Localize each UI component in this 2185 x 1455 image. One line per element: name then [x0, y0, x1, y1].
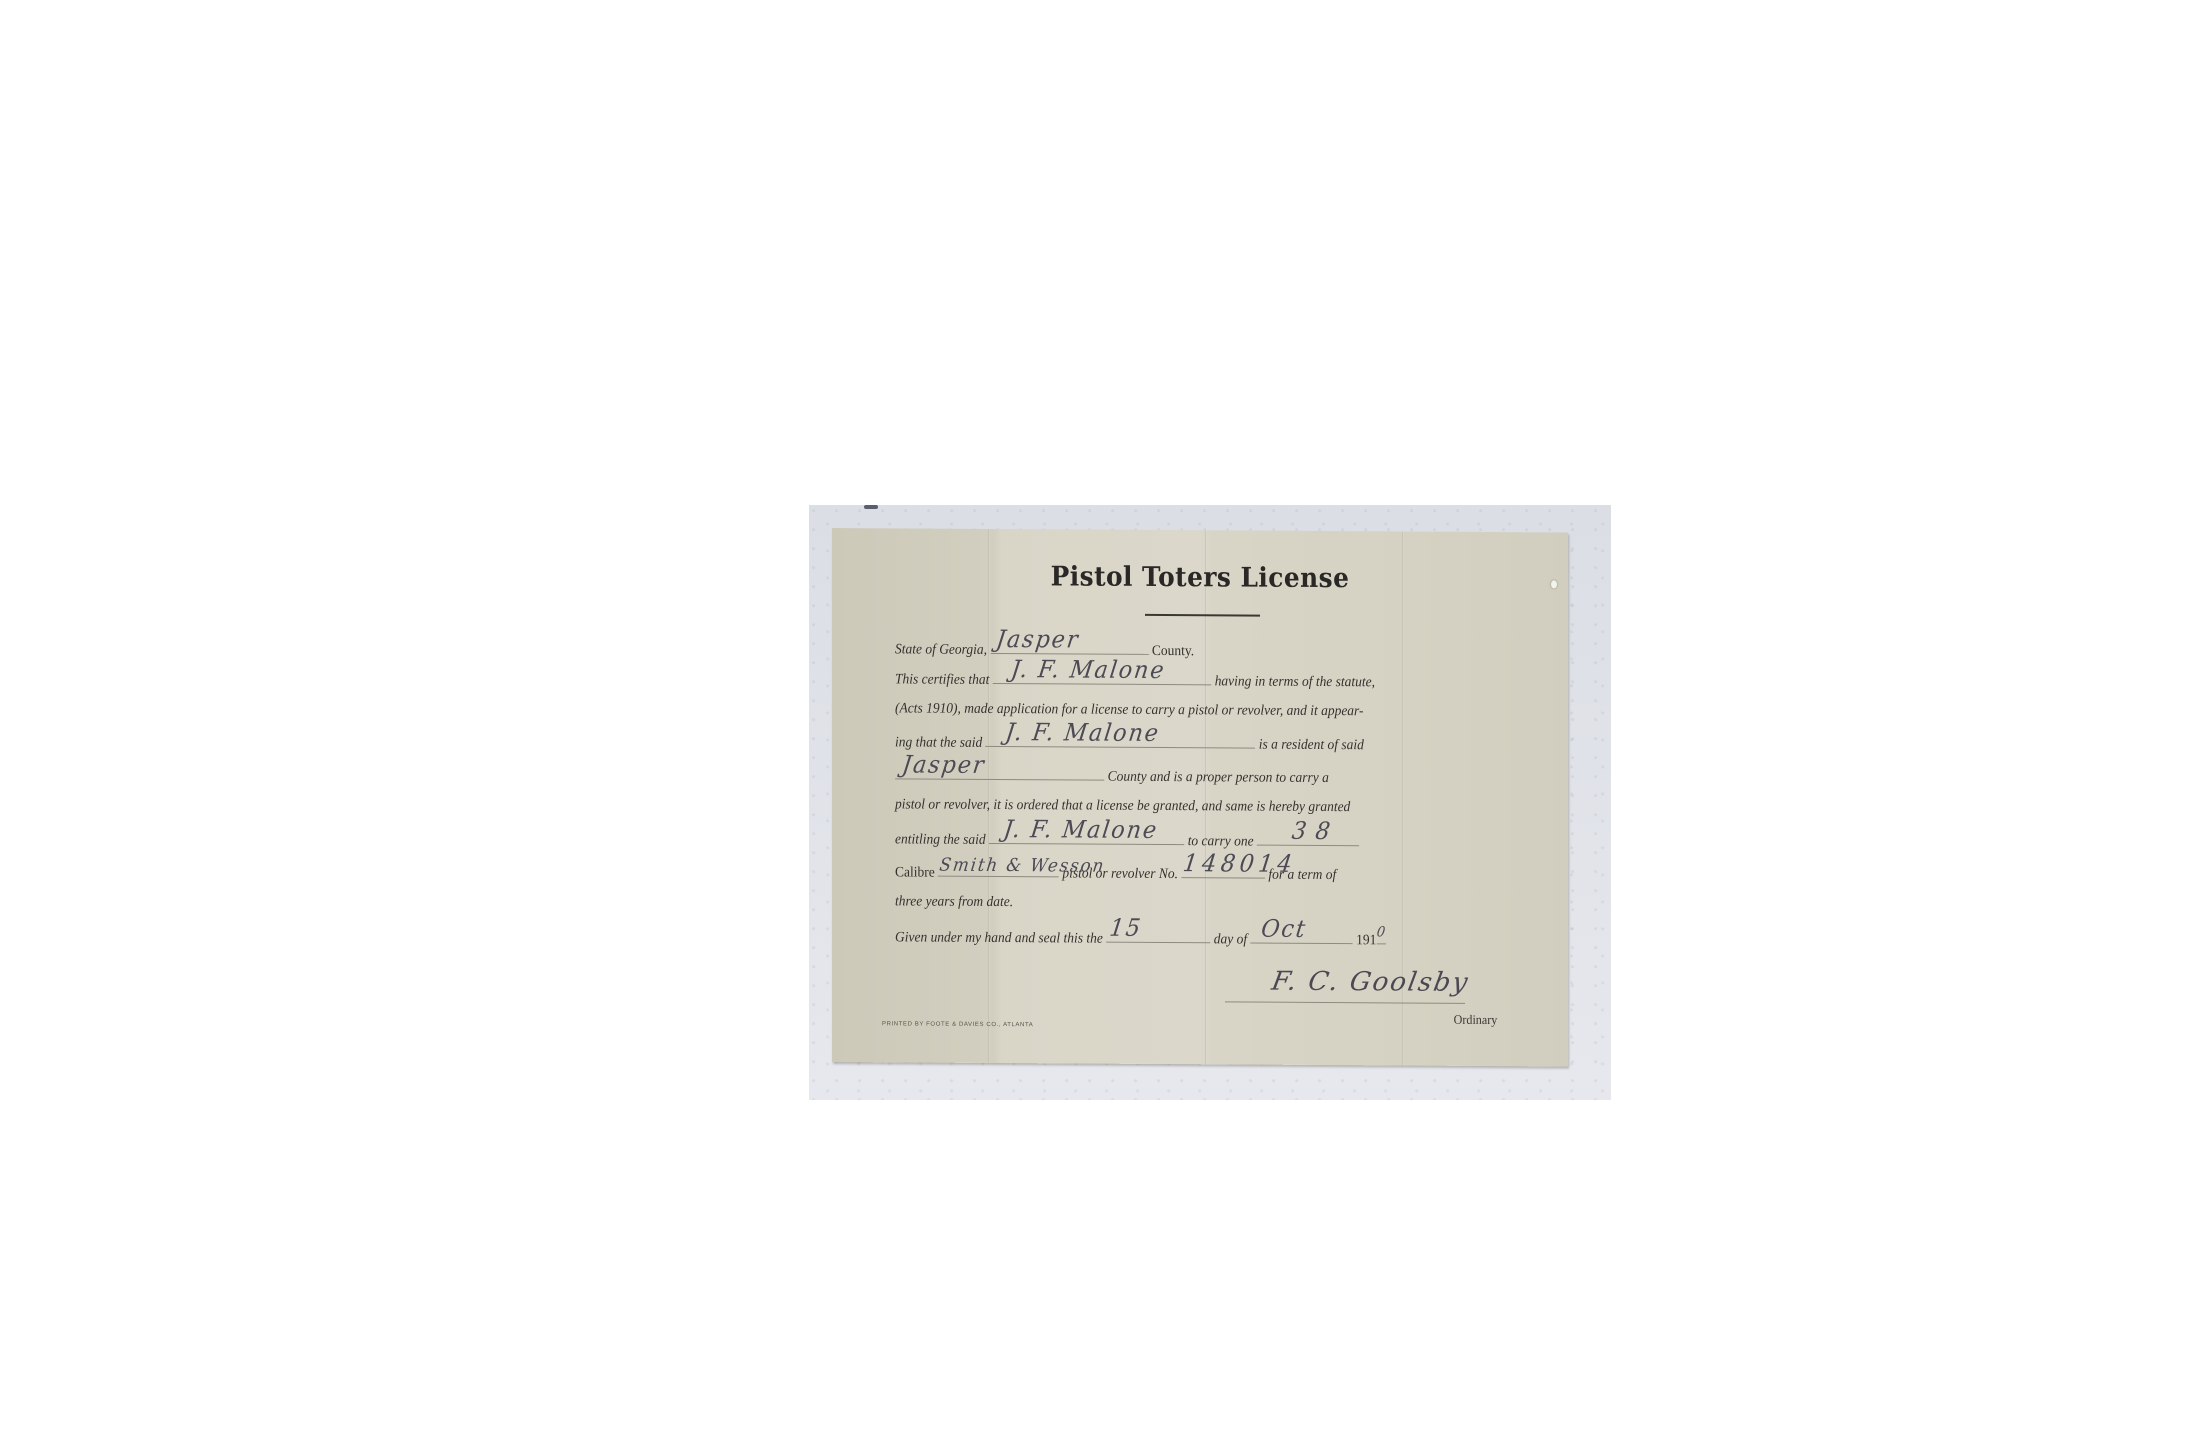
label-proper-person: County and is a proper person to carry a [1108, 769, 1329, 786]
license-title: Pistol Toters License [861, 560, 1538, 595]
form-line-acts: (Acts 1910), made application for a lice… [895, 700, 1453, 725]
label-calibre: Calibre [895, 864, 935, 880]
handwritten-month: Oct [1260, 915, 1309, 943]
label-resident: is a resident of said [1259, 737, 1364, 754]
field-calibre: 38 [1257, 831, 1359, 847]
license-paper: Pistol Toters License State of Georgia, … [832, 528, 1568, 1066]
label-certifies: This certifies that [895, 671, 989, 688]
punch-hole [1551, 580, 1557, 588]
label-year-prefix: 191 [1356, 932, 1376, 948]
clip-mark [864, 505, 878, 509]
form-line-county-proper: Jasper County and is a proper person to … [895, 764, 1453, 789]
field-year-digit: 0 [1376, 929, 1385, 944]
text-ordered: pistol or revolver, it is ordered that a… [895, 796, 1350, 815]
signature-line [1225, 1001, 1465, 1003]
signature-title: Ordinary [1454, 1012, 1498, 1028]
label-day-of: day of [1214, 931, 1247, 947]
field-licensee-name: J. F. Malone [993, 669, 1212, 685]
form-line-state: State of Georgia, Jasper County. [895, 638, 1453, 663]
handwritten-year-digit: 0 [1375, 924, 1387, 940]
form-line-calibre: Calibre Smith & Wesson pistol or revolve… [895, 861, 1453, 886]
form-line-term: three years from date. [895, 893, 1453, 918]
field-day: 15 [1106, 928, 1210, 944]
field-resident-name: J. F. Malone [986, 732, 1256, 749]
label-carry-one: to carry one [1188, 833, 1254, 849]
handwritten-calibre: 38 [1290, 817, 1341, 845]
handwritten-county: Jasper [994, 625, 1081, 653]
title-rule [1145, 614, 1260, 617]
label-said: ing that the said [895, 734, 982, 751]
handwritten-licensee: J. F. Malone [1010, 655, 1168, 684]
text-three-years: three years from date. [895, 893, 1013, 910]
form-line-ordered: pistol or revolver, it is ordered that a… [895, 796, 1453, 821]
field-serial-number: 148014 [1181, 863, 1265, 879]
label-state: State of Georgia, [895, 641, 987, 658]
field-county: Jasper [990, 639, 1148, 655]
handwritten-serial: 148014 [1181, 849, 1298, 878]
label-statute: having in terms of the statute, [1215, 673, 1375, 690]
form-line-given: Given under my hand and seal this the 15… [895, 926, 1453, 951]
handwritten-county: Jasper [901, 750, 988, 778]
handwritten-licensee: J. F. Malone [1004, 718, 1162, 747]
form-line-certifies: This certifies that J. F. Malone having … [895, 668, 1453, 693]
text-acts-1910: (Acts 1910), made application for a lice… [895, 700, 1364, 719]
label-given: Given under my hand and seal this the [895, 929, 1103, 946]
field-month: Oct [1250, 929, 1352, 945]
document-photo: Pistol Toters License State of Georgia, … [809, 505, 1611, 1100]
label-entitling: entitling the said [895, 831, 986, 848]
field-resident-county: Jasper [895, 764, 1104, 780]
handwritten-make: Smith & Wesson [939, 855, 1107, 877]
handwritten-licensee: J. F. Malone [1002, 815, 1160, 844]
field-entitled-name: J. F. Malone [989, 829, 1184, 845]
fold-line [988, 529, 990, 1063]
handwritten-signature: F. C. Goolsby [1269, 967, 1471, 998]
printer-imprint: PRINTED BY FOOTE & DAVIES CO., ATLANTA [882, 1021, 1033, 1028]
handwritten-day: 15 [1108, 914, 1144, 942]
field-make: Smith & Wesson [938, 862, 1059, 878]
form-line-entitling: entitling the said J. F. Malone to carry… [895, 828, 1453, 853]
